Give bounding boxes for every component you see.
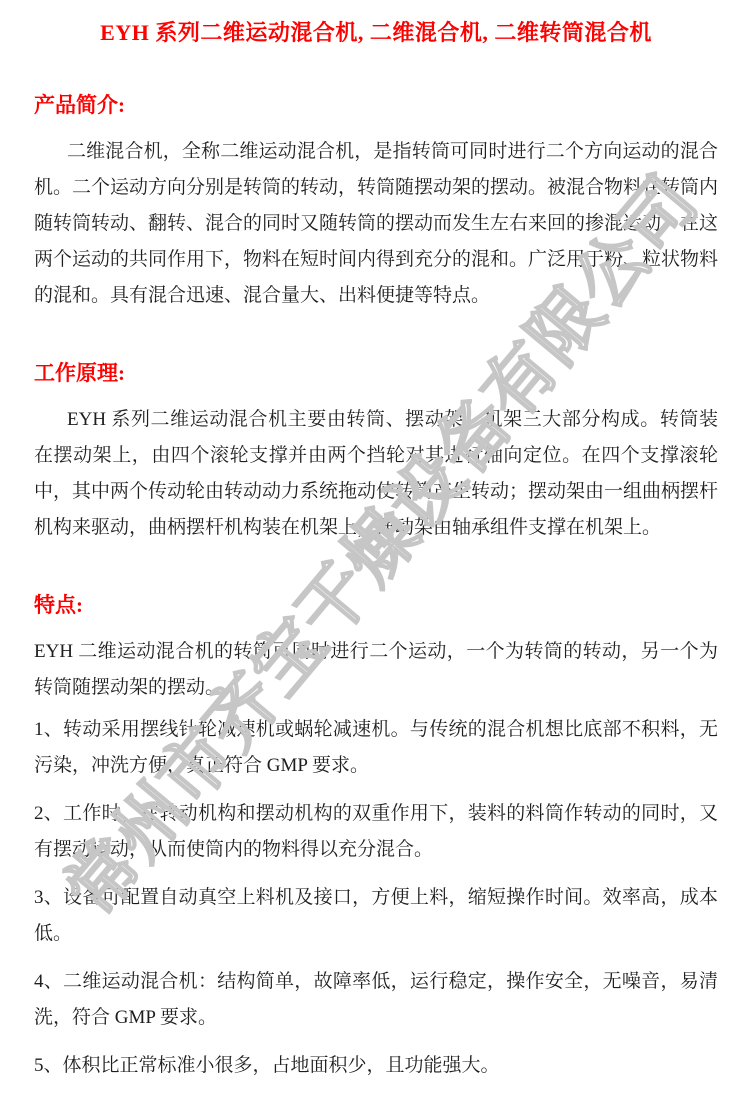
section-heading-product-intro: 产品简介:: [34, 92, 718, 118]
feature-item-3: 3、设备可配置自动真空上料机及接口，方便上料，缩短操作时间。效率高，成本低。: [34, 880, 718, 952]
feature-item-4: 4、二维运动混合机：结构简单，故障率低，运行稳定，操作安全，无噪音，易清洗，符合…: [34, 964, 718, 1036]
page-title: EYH 系列二维运动混合机, 二维混合机, 二维转筒混合机: [34, 18, 718, 48]
section-heading-working-principle: 工作原理:: [34, 360, 718, 386]
feature-item-1: 1、转动采用摆线针轮减速机或蜗轮减速机。与传统的混合机想比底部不积料，无污染，冲…: [34, 712, 718, 784]
feature-item-2: 2、工作时，在转动机构和摆动机构的双重作用下，装料的料筒作转动的同时，又有摆动运…: [34, 796, 718, 868]
product-intro-paragraph: 二维混合机，全称二维运动混合机，是指转筒可同时进行二个方向运动的混合机。二个运动…: [34, 134, 718, 314]
document-page: 常州市齐宝干燥设备有限公司 EYH 系列二维运动混合机, 二维混合机, 二维转筒…: [0, 0, 750, 1093]
section-heading-features: 特点:: [34, 592, 718, 618]
working-principle-paragraph: EYH 系列二维运动混合机主要由转筒、摆动架、机架三大部分构成。转筒装在摆动架上…: [34, 402, 718, 546]
features-intro-paragraph: EYH 二维运动混合机的转筒可同时进行二个运动，一个为转筒的转动，另一个为转筒随…: [34, 634, 718, 706]
feature-item-5: 5、体积比正常标准小很多，占地面积少，且功能强大。: [34, 1048, 718, 1084]
